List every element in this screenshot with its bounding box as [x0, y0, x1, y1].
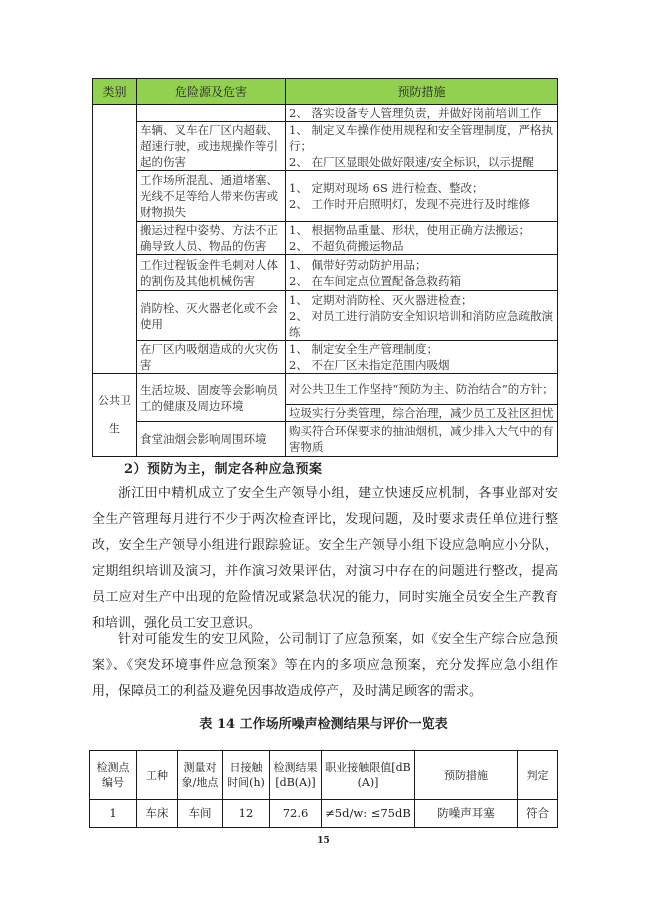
- measure-item: 2、 在厂区显眼处做好限速/安全标识，以示提醒: [289, 154, 554, 170]
- measure-item: 2、 在车间定点位置配备急救药箱: [289, 273, 554, 289]
- cell-point-no: 1: [90, 800, 137, 828]
- hazard-cell: 在厂区内吸烟造成的火灾伤害: [137, 341, 286, 374]
- cell-judgement: 符合: [518, 800, 558, 828]
- hazard-cell: 车辆、叉车在厂区内超载、超速行驶，或违规操作等引起的伤害: [137, 122, 286, 171]
- hazard-prevention-table: 类别 危险源及危害 预防措施 2、 落实设备专人管理负责，并做好岗前培训工作 车…: [92, 78, 558, 457]
- header-category: 类别: [93, 79, 137, 105]
- hazard-cell: 搬运过程中姿势、方法不正确导致人员、物品的伤害: [137, 222, 286, 255]
- body-paragraph: 浙江田中精机成立了安全生产领导小组，建立快速反应机制，各事业部对安全生产管理每月…: [92, 481, 558, 637]
- measures-cell: 2、 落实设备专人管理负责，并做好岗前培训工作: [286, 105, 558, 122]
- measures-cell: 1、 制定安全生产管理制度； 2、 不在厂区未指定范围内吸烟: [286, 341, 558, 374]
- measure-item: 垃圾实行分类管理，综合治理，减少员工及社区担忧: [289, 405, 554, 421]
- table-row: 食堂油烟会影响周围环境 购买符合环保要求的抽油烟机，减少排入大气中的有害物质: [93, 422, 558, 457]
- header-prevention: 预防措施: [415, 751, 518, 800]
- measure-item: 2、 对员工进行消防安全知识培训和消防应急疏散演练: [289, 308, 554, 340]
- header-exposure-time: 日接触时间(h): [223, 751, 270, 800]
- table-row: 1 车床 车间 12 72.6 ≠5d/w: ≤75dB 防噪声耳塞 符合: [90, 800, 558, 828]
- table-row: 工作过程钣金件毛刺对人体的割伤及其他机械伤害 1、 佩带好劳动防护用品； 2、 …: [93, 255, 558, 291]
- measure-item: 2、 不在厂区未指定范围内吸烟: [289, 357, 554, 373]
- page-number: 15: [0, 836, 647, 846]
- hazard-cell: 工作过程钣金件毛刺对人体的割伤及其他机械伤害: [137, 255, 286, 291]
- hazard-cell: 工作场所混乱、通道堵塞、光线不足等给人带来伤害或财物损失: [137, 171, 286, 222]
- section-heading: 2）预防为主，制定各种应急预案: [124, 458, 323, 477]
- measures-cell: 对公共卫生工作坚持“预防为主、防治结合”的方针；: [286, 374, 558, 405]
- cell-exposure-time: 12: [223, 800, 270, 828]
- header-measures: 预防措施: [286, 79, 558, 105]
- noise-test-table: 检测点编号 工种 测量对象/地点 日接触时间(h) 检测结果[dB(A)] 职业…: [89, 750, 558, 828]
- hazard-cell: 食堂油烟会影响周围环境: [137, 422, 286, 457]
- measure-item: 购买符合环保要求的抽油烟机，减少排入大气中的有害物质: [289, 423, 554, 455]
- measure-item: 1、 定期对消防栓、灭火器进检查；: [289, 292, 554, 308]
- cell-location: 车间: [178, 800, 223, 828]
- table-row: 搬运过程中姿势、方法不正确导致人员、物品的伤害 1、 根据物品重量、形状，使用正…: [93, 222, 558, 255]
- header-point-no: 检测点编号: [90, 751, 137, 800]
- hazard-cell: 生活垃圾、固废等会影响员工的健康及周边环境: [137, 374, 286, 422]
- cell-exposure-limit: ≠5d/w: ≤75dB: [322, 800, 415, 828]
- table-row: 消防栓、灭火器老化或不会使用 1、 定期对消防栓、灭火器进检查； 2、 对员工进…: [93, 291, 558, 341]
- hazard-cell: [137, 105, 286, 122]
- header-job-type: 工种: [137, 751, 178, 800]
- measure-item: 1、 制定叉车操作使用规程和安全管理制度，严格执行；: [289, 122, 554, 154]
- measure-item: 1、 根据物品重量、形状，使用正确方法搬运；: [289, 222, 554, 238]
- measure-item: 1、 佩带好劳动防护用品；: [289, 257, 554, 273]
- measures-cell: 1、 佩带好劳动防护用品； 2、 在车间定点位置配备急救药箱: [286, 255, 558, 291]
- header-hazard: 危险源及危害: [137, 79, 286, 105]
- body-paragraph: 针对可能发生的安卫风险，公司制订了应急预案，如《安全生产综合应急预案》、《突发环…: [92, 627, 558, 705]
- table-header-row: 类别 危险源及危害 预防措施: [93, 79, 558, 105]
- measures-cell: 1、 定期对消防栓、灭火器进检查； 2、 对员工进行消防安全知识培训和消防应急疏…: [286, 291, 558, 341]
- measures-cell: 垃圾实行分类管理，综合治理，减少员工及社区担忧: [286, 405, 558, 422]
- header-judgement: 判定: [518, 751, 558, 800]
- category-cell-public-health: 公共卫生: [93, 374, 137, 457]
- measure-item: 1、 定期对现场 6S 进行检查、整改；: [289, 180, 554, 196]
- measure-item: 1、 制定安全生产管理制度；: [289, 341, 554, 357]
- measures-cell: 1、 根据物品重量、形状，使用正确方法搬运； 2、 不超负荷搬运物品: [286, 222, 558, 255]
- header-object-location: 测量对象/地点: [178, 751, 223, 800]
- measure-item: 2、 工作时开启照明灯，发现不亮进行及时维修: [289, 196, 554, 212]
- header-exposure-limit: 职业接触限值[dB (A)]: [322, 751, 415, 800]
- header-test-result: 检测结果[dB(A)]: [270, 751, 322, 800]
- measure-item: 对公共卫生工作坚持“预防为主、防治结合”的方针；: [289, 381, 554, 397]
- table-row: 车辆、叉车在厂区内超载、超速行驶，或违规操作等引起的伤害 1、 制定叉车操作使用…: [93, 122, 558, 171]
- measures-cell: 购买符合环保要求的抽油烟机，减少排入大气中的有害物质: [286, 422, 558, 457]
- cell-job-type: 车床: [137, 800, 178, 828]
- measure-item: 2、 落实设备专人管理负责，并做好岗前培训工作: [289, 105, 554, 121]
- document-page: 类别 危险源及危害 预防措施 2、 落实设备专人管理负责，并做好岗前培训工作 车…: [0, 0, 647, 914]
- table-caption: 表 14 工作场所噪声检测结果与评价一览表: [0, 713, 647, 732]
- table-row: 在厂区内吸烟造成的火灾伤害 1、 制定安全生产管理制度； 2、 不在厂区未指定范…: [93, 341, 558, 374]
- table-row: 2、 落实设备专人管理负责，并做好岗前培训工作: [93, 105, 558, 122]
- measure-item: 2、 不超负荷搬运物品: [289, 238, 554, 254]
- hazard-cell: 消防栓、灭火器老化或不会使用: [137, 291, 286, 341]
- measures-cell: 1、 制定叉车操作使用规程和安全管理制度，严格执行； 2、 在厂区显眼处做好限速…: [286, 122, 558, 171]
- table-header-row: 检测点编号 工种 测量对象/地点 日接触时间(h) 检测结果[dB(A)] 职业…: [90, 751, 558, 800]
- category-cell-empty: [93, 105, 137, 374]
- table-row: 公共卫生 生活垃圾、固废等会影响员工的健康及周边环境 对公共卫生工作坚持“预防为…: [93, 374, 558, 405]
- measures-cell: 1、 定期对现场 6S 进行检查、整改； 2、 工作时开启照明灯，发现不亮进行及…: [286, 171, 558, 222]
- table-row: 工作场所混乱、通道堵塞、光线不足等给人带来伤害或财物损失 1、 定期对现场 6S…: [93, 171, 558, 222]
- cell-test-result: 72.6: [270, 800, 322, 828]
- cell-prevention: 防噪声耳塞: [415, 800, 518, 828]
